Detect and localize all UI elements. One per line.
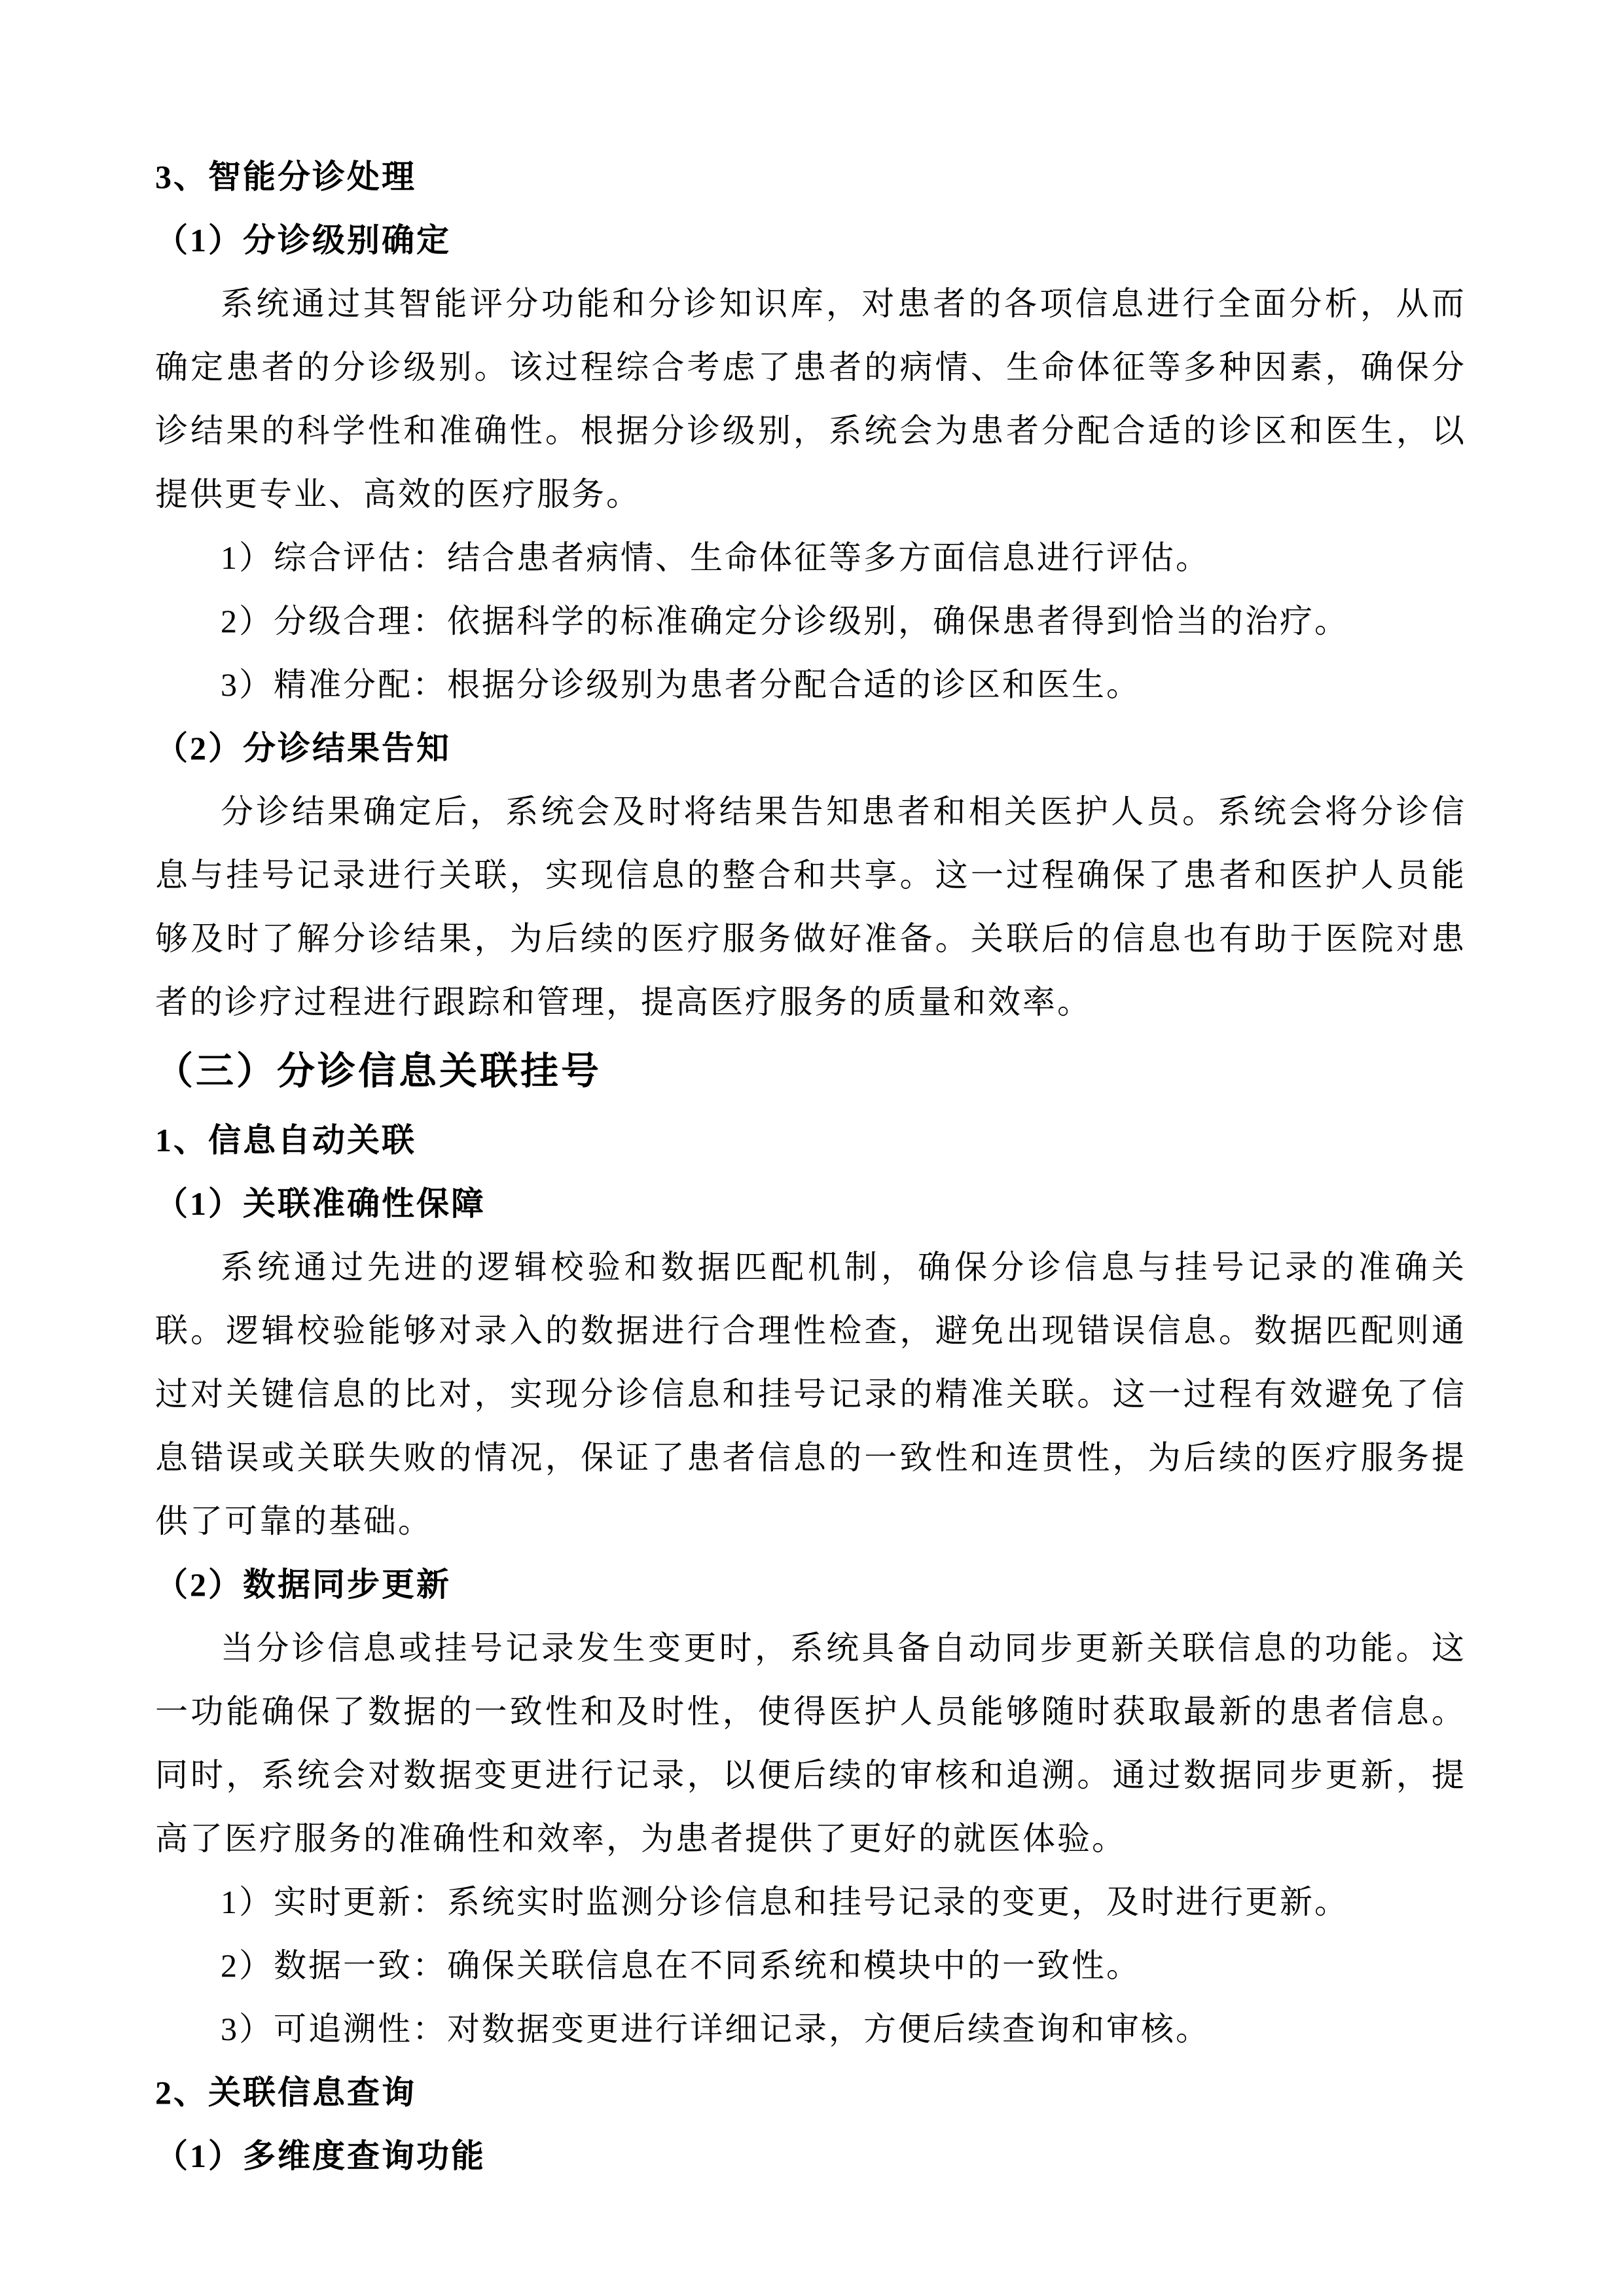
sub-heading: 3、智能分诊处理 [155,145,1466,209]
numbered-list-item: 3）可追溯性：对数据变更进行详细记录，方便后续查询和审核。 [155,1998,1466,2061]
body-paragraph: 系统通过先进的逻辑校验和数据匹配机制，确保分诊信息与挂号记录的准确关联。逻辑校验… [155,1236,1466,1553]
numbered-list-item: 2）分级合理：依据科学的标准确定分诊级别，确保患者得到恰当的治疗。 [155,590,1466,653]
minor-heading: （2）分诊结果告知 [155,717,1466,780]
section-heading: （三）分诊信息关联挂号 [155,1034,1466,1109]
minor-heading: （1）分诊级别确定 [155,209,1466,272]
numbered-list-item: 3）精准分配：根据分诊级别为患者分配合适的诊区和医生。 [155,653,1466,717]
document-page: 3、智能分诊处理（1）分诊级别确定系统通过其智能评分功能和分诊知识库，对患者的各… [0,0,1624,2296]
numbered-list-item: 2）数据一致：确保关联信息在不同系统和模块中的一致性。 [155,1934,1466,1998]
body-paragraph: 系统通过其智能评分功能和分诊知识库，对患者的各项信息进行全面分析，从而确定患者的… [155,272,1466,526]
numbered-list-item: 1）综合评估：结合患者病情、生命体征等多方面信息进行评估。 [155,526,1466,590]
document-content: 3、智能分诊处理（1）分诊级别确定系统通过其智能评分功能和分诊知识库，对患者的各… [155,145,1466,2188]
body-paragraph: 分诊结果确定后，系统会及时将结果告知患者和相关医护人员。系统会将分诊信息与挂号记… [155,780,1466,1034]
sub-heading: 1、信息自动关联 [155,1109,1466,1172]
sub-heading: 2、关联信息查询 [155,2061,1466,2125]
minor-heading: （2）数据同步更新 [155,1553,1466,1617]
minor-heading: （1）多维度查询功能 [155,2125,1466,2188]
body-paragraph: 当分诊信息或挂号记录发生变更时，系统具备自动同步更新关联信息的功能。这一功能确保… [155,1617,1466,1871]
minor-heading: （1）关联准确性保障 [155,1172,1466,1236]
numbered-list-item: 1）实时更新：系统实时监测分诊信息和挂号记录的变更，及时进行更新。 [155,1871,1466,1934]
